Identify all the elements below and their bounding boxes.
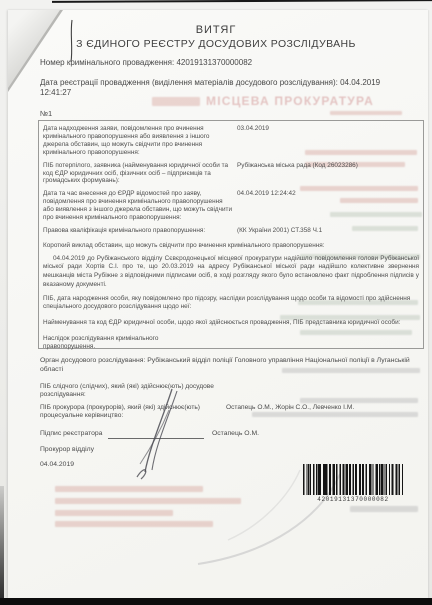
bleedthrough-artifact (300, 398, 418, 403)
document-title: ВИТЯГ (0, 24, 432, 36)
row-label: Дата надходження заяви, повідомлення про… (43, 125, 235, 157)
summary-text: 04.04.2019 до Рубіжанського відділу Сєвє… (43, 255, 419, 289)
row-value: Рубіжанська міська рада (Код 26023286) (237, 162, 423, 170)
table-row: Правова кваліфікація кримінального право… (43, 227, 419, 235)
legal-entity-row-label: Найменування та код ЄДР юридичної особи,… (43, 319, 419, 327)
case-details-table: Дата надходження заяви, повідомлення про… (38, 120, 424, 349)
row-value: 03.04.2019 (237, 125, 423, 133)
row-value: (КК України 2001) СТ.358 Ч.1 (237, 227, 423, 235)
registrar-title: Прокурор відділу (40, 446, 94, 453)
summary-heading: Короткий виклад обставин, що можуть свід… (43, 242, 419, 250)
scan-edge-bottom (0, 598, 432, 605)
registrar-signature-label: Підпис реєстратора (40, 430, 102, 437)
suspect-row-label: ПІБ, дата народження особи, яку повідомл… (43, 295, 419, 311)
outcome-row-label: Наслідок розслідування кримінального пра… (43, 335, 193, 351)
barcode-number: 42019131370000082 (300, 496, 406, 503)
bleedthrough-artifact (252, 412, 418, 417)
document-subtitle: З ЄДИНОГО РЕЄСТРУ ДОСУДОВИХ РОЗСЛІДУВАНЬ (0, 38, 432, 50)
bleedthrough-artifact (152, 97, 200, 106)
handwritten-signature (118, 374, 213, 486)
bleedthrough-artifact (330, 111, 402, 115)
bleedthrough-artifact (350, 506, 418, 512)
table-row: Дата та час внесення до ЄРДР відомостей … (43, 190, 419, 222)
table-row: ПІБ потерпілого, заявника (найменування … (43, 162, 419, 186)
scan-edge-top (52, 0, 432, 3)
scan-edge-left (0, 486, 4, 600)
document-date: 04.04.2019 (40, 461, 74, 468)
scanned-document-page: МІСЦЕВА ПРОКУРАТУРА ВИТЯГ З ЄДИНОГО РЕЄС… (0, 0, 432, 605)
registration-date-line: Дата реєстрації провадження (виділення м… (40, 78, 408, 98)
record-number-label: №1 (40, 109, 52, 119)
row-label: Дата та час внесення до ЄРДР відомостей … (43, 190, 235, 222)
barcode (303, 464, 403, 495)
row-value: 04.04.2019 12:24:42 (237, 190, 423, 198)
bleedthrough-artifact (55, 510, 173, 516)
case-number-line: Номер кримінального провадження: 4201913… (40, 58, 420, 68)
prosecutor-names: Остапець О.М., Жорін С.О., Левченко І.М. (226, 404, 416, 411)
registrar-name: Остапець О.М. (212, 430, 259, 437)
table-row: Дата надходження заяви, повідомлення про… (43, 125, 419, 157)
row-label: ПІБ потерпілого, заявника (найменування … (43, 162, 235, 186)
investigation-body-line: Орган досудового розслідування: Рубіжанс… (40, 357, 430, 374)
